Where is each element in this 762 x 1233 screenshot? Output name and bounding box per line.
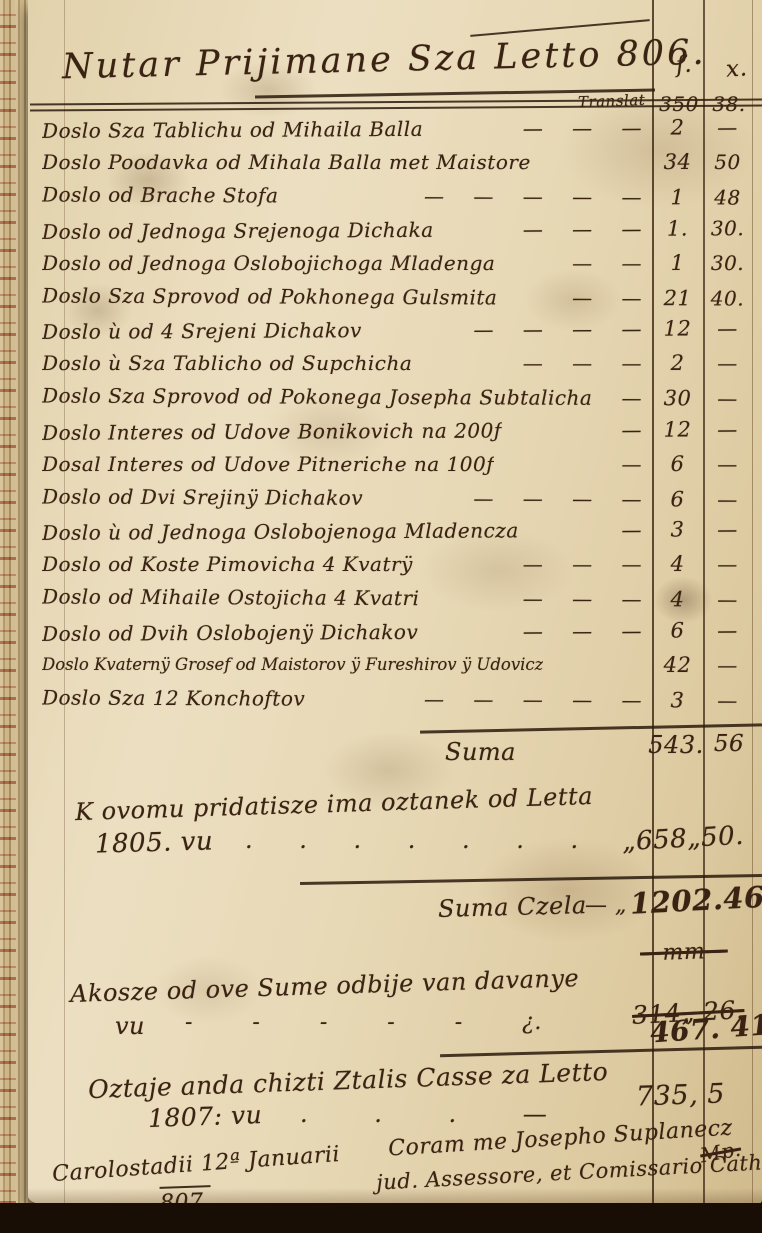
row-dashes: — — [497, 285, 652, 310]
row-text: Doslo od Dvi Srejinÿ Dichakov [42, 484, 363, 509]
row-kreuzer: 48 [703, 185, 752, 209]
deduction-dashes: - - - - - ¿. [185, 1010, 542, 1035]
row-kreuzer: — [703, 688, 752, 712]
red-edge-dye [0, 0, 16, 1218]
row-florins: 3 [652, 517, 703, 541]
ledger-page-scan: Nutar Prijimane Sza Letto 806. f. x. Tra… [0, 0, 762, 1233]
row-dashes: — [519, 517, 652, 542]
row-florins: 4 [652, 552, 703, 576]
table-row: Doslo ù od Jednoga Oslobojenoga Mladencz… [28, 512, 762, 549]
column-header-kreuzer: x. [725, 55, 748, 82]
table-row: Doslo Sza Sprovod od Pokonega Josepha Su… [28, 378, 762, 415]
row-text: Doslo ù Sza Tablicho od Supchicha [42, 351, 412, 375]
table-row: Doslo Poodavka od Mihala Balla met Maist… [28, 146, 762, 180]
row-text: Doslo Sza 12 Konchoftov [42, 685, 305, 710]
row-florins: 1. [652, 216, 703, 240]
table-row: Doslo Sza 12 Konchoftov — — — — — 3 — [28, 680, 762, 717]
book-shadow-band [0, 1203, 762, 1233]
row-kreuzer: — [703, 617, 752, 641]
row-dashes: — — — — [362, 316, 652, 342]
row-florins: 4 [652, 587, 703, 611]
ledger-rows: Doslo Sza Tablichu od Mihaila Balla — — … [28, 112, 762, 715]
row-kreuzer: — [703, 552, 752, 576]
row-dashes: — — — [413, 552, 652, 576]
remainder-text-line2: 1807: vu [148, 1100, 263, 1133]
row-text: Doslo Poodavka od Mihala Balla met Maist… [42, 150, 531, 174]
row-dashes: — — — [419, 586, 652, 611]
deduction-text-line2: vu [115, 1012, 145, 1040]
column-header-florin: f. [675, 51, 693, 78]
row-kreuzer: 50 [703, 150, 752, 174]
suma-florins: 543. [648, 731, 704, 759]
row-dashes: — — — — [363, 485, 652, 510]
row-kreuzer: 30. [703, 215, 752, 239]
remainder-value: 735, 5 [635, 1078, 725, 1112]
row-dashes: — [592, 386, 652, 410]
row-florins: 6 [652, 618, 703, 642]
row-text: Doslo od Koste Pimovicha 4 Kvatrÿ [42, 552, 413, 576]
row-kreuzer: — [703, 316, 752, 340]
row-dashes: — — — [423, 115, 652, 140]
row-florins: 12 [652, 316, 703, 340]
row-florins: 2 [652, 351, 703, 375]
row-text: Doslo od Jednoga Srejenoga Dichaka [42, 217, 434, 243]
row-florins: 34 [652, 150, 703, 174]
row-dashes: — — — — — [278, 183, 652, 209]
carryover-dots: . . . . . . . [245, 826, 579, 854]
row-text: Doslo od Dvih Oslobojenÿ Dichakov [42, 619, 418, 645]
row-kreuzer: — [703, 115, 752, 139]
row-florins: 2 [652, 115, 703, 139]
table-row: Doslo od Dvi Srejinÿ Dichakov — — — — 6 … [28, 479, 762, 516]
row-kreuzer: 40. [703, 286, 752, 310]
row-florins: 1 [652, 185, 703, 209]
row-kreuzer: — [703, 587, 752, 611]
row-text: Doslo Interes od Udove Bonikovich na 200… [42, 418, 502, 444]
suma-label: Suma [445, 738, 516, 766]
row-florins: 30 [652, 386, 703, 410]
row-kreuzer: — [703, 386, 752, 410]
table-row: Doslo ù Sza Tablicho od Supchicha — — — … [28, 347, 762, 381]
row-kreuzer: — [703, 452, 752, 476]
table-row: Doslo Sza Sprovod od Pokhonega Gulsmita … [28, 278, 762, 315]
row-kreuzer: — [703, 653, 752, 677]
suma-czela-value: 1202.46. [629, 879, 762, 921]
row-florins: 6 [652, 486, 703, 510]
row-kreuzer: — [703, 487, 752, 511]
table-row: Doslo od Dvih Oslobojenÿ Dichakov — — — … [28, 613, 762, 650]
row-text: Doslo ù od Jednoga Oslobojenoga Mladencz… [42, 518, 519, 544]
row-text: Doslo od Jednoga Oslobojichoga Mladenga [42, 251, 495, 275]
carryover-value: „658„50. [621, 821, 744, 857]
translat-label: Translat [578, 91, 646, 111]
suma-kreuzer: 56 [706, 731, 752, 757]
table-row: Doslo Sza Tablichu od Mihaila Balla — — … [28, 110, 762, 147]
row-florins: 1 [652, 251, 703, 275]
row-florins: 3 [652, 687, 703, 711]
cancellation-mark: —mm— [640, 938, 729, 966]
row-text: Doslo Kvaternÿ Grosef od Maistorov ÿ Fur… [42, 655, 543, 674]
table-row: Doslo ù od 4 Srejeni Dichakov — — — — 12… [28, 311, 762, 348]
table-row: Doslo od Jednoga Srejenoga Dichaka — — —… [28, 211, 762, 248]
row-text: Doslo od Mihaile Ostojicha 4 Kvatri [42, 584, 420, 610]
row-florins: 6 [652, 452, 703, 476]
row-dashes: — — — [418, 618, 652, 643]
row-kreuzer: 30. [703, 251, 752, 275]
row-text: Doslo Sza Sprovod od Pokhonega Gulsmita [42, 283, 497, 309]
row-florins: 42 [652, 653, 703, 677]
row-florins: 21 [652, 285, 703, 309]
table-row: Doslo od Mihaile Ostojicha 4 Kvatri — — … [28, 579, 762, 616]
row-dashes: — [502, 417, 652, 442]
table-row: Doslo Interes od Udove Bonikovich na 200… [28, 412, 762, 449]
remainder-dots: . . . — [300, 1100, 547, 1128]
row-kreuzer: — [703, 351, 752, 375]
carryover-text-line2: 1805. vu [95, 826, 214, 859]
row-text: Doslo Sza Tablichu od Mihaila Balla [42, 117, 423, 143]
row-text: Doslo ù od 4 Srejeni Dichakov [42, 318, 362, 344]
row-dashes: — — — [434, 216, 652, 241]
row-kreuzer: — [703, 517, 752, 541]
row-dashes: — [494, 452, 652, 476]
suma-czela-label: Suma Czela [438, 891, 587, 923]
row-florins: 12 [652, 417, 703, 441]
row-kreuzer: — [703, 416, 752, 440]
table-row: Doslo Kvaternÿ Grosef od Maistorov ÿ Fur… [28, 648, 762, 682]
table-row: Doslo od Koste Pimovicha 4 Kvatrÿ — — — … [28, 548, 762, 582]
table-row: Dosal Interes od Udove Pitneriche na 100… [28, 447, 762, 481]
row-text: Dosal Interes od Udove Pitneriche na 100… [42, 452, 494, 476]
suma-czela-dash: — „ [585, 893, 627, 918]
row-dashes: — — — — — [305, 686, 652, 712]
row-text: Doslo od Brache Stofa [42, 182, 279, 207]
row-dashes: — — — [412, 351, 652, 375]
table-row: Doslo od Jednoga Oslobojichoga Mladenga … [28, 246, 762, 280]
row-dashes: — — [495, 251, 652, 275]
table-row: Doslo od Brache Stofa — — — — — 1 48 [28, 177, 762, 214]
row-text: Doslo Sza Sprovod od Pokonega Josepha Su… [42, 383, 592, 409]
